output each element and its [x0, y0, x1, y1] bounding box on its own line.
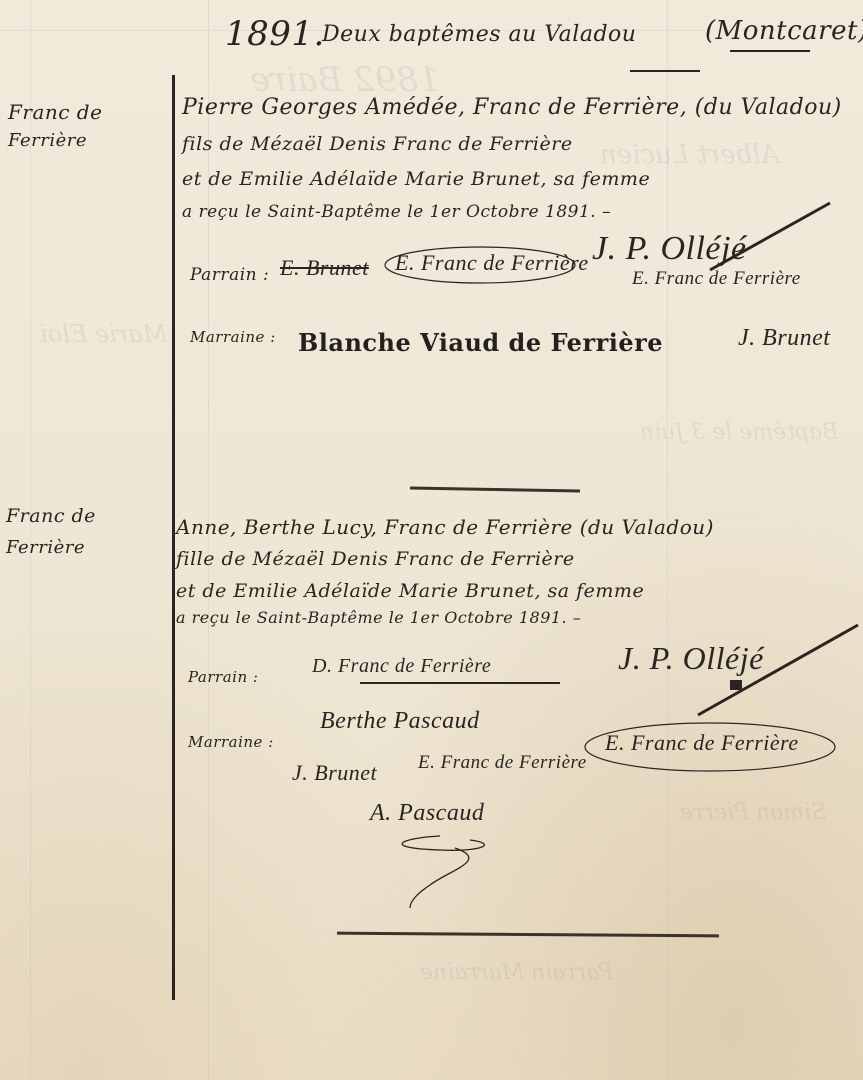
header-location: (Montcaret)	[705, 16, 863, 46]
margin-surname: Ferrière	[6, 537, 85, 558]
marraine-name: Berthe Pascaud	[320, 708, 480, 735]
signature-flourish	[580, 715, 840, 780]
entry-line: fils de Mézaël Denis Franc de Ferrière	[182, 133, 573, 155]
signature: J. Brunet	[292, 760, 377, 786]
witness-signature: E. Franc de Ferrière	[632, 268, 801, 290]
entry-line: et de Emilie Adélaïde Marie Brunet, sa f…	[182, 168, 650, 190]
marraine-label: Marraine :	[188, 733, 274, 751]
parrain-name: D. Franc de Ferrière	[312, 655, 491, 678]
register-page: 1892 Baire Albert Lucien Baptême le 3 Ju…	[0, 0, 863, 1080]
signature-flourish	[360, 830, 540, 910]
signature: E. Franc de Ferrière	[418, 752, 587, 774]
header-underline	[630, 70, 700, 72]
marraine-name: Blanche Viaud de Ferrière	[298, 328, 663, 357]
signature: A. Pascaud	[370, 800, 484, 827]
bleed-through: Marie Eloi	[40, 320, 167, 348]
header-location-underline	[730, 50, 810, 52]
closing-line	[337, 932, 719, 938]
parrain-label: Parrain :	[188, 668, 258, 686]
signature-flourish	[700, 195, 840, 275]
bleed-through: 1892 Baire	[250, 60, 440, 100]
margin-surname: Franc de	[8, 100, 102, 124]
marraine-signature: J. Brunet	[738, 325, 830, 352]
header-title: Deux baptêmes au Valadou	[322, 22, 636, 47]
margin-line	[172, 75, 175, 1000]
signature-flourish	[380, 240, 580, 290]
parrain-label: Parrain :	[190, 265, 269, 285]
entry-line: fille de Mézaël Denis Franc de Ferrière	[176, 548, 575, 570]
marraine-label: Marraine :	[190, 328, 276, 346]
entry-line: et de Emilie Adélaïde Marie Brunet, sa f…	[176, 580, 644, 602]
header-year: 1891.	[225, 14, 325, 54]
signature: E. Brunet	[280, 255, 369, 281]
bleed-through: Baptême le 3 Juin	[640, 420, 838, 445]
bleed-through: Parrain Marraine	[420, 960, 613, 985]
faint-rule	[208, 0, 209, 1080]
signature-underline	[360, 682, 560, 684]
entry-separator	[410, 487, 580, 493]
bleed-through: Simon Pierre	[680, 800, 826, 825]
bleed-through: Albert Lucien	[600, 140, 779, 170]
entry-line: Anne, Berthe Lucy, Franc de Ferrière (du…	[176, 515, 714, 539]
margin-surname: Franc de	[6, 505, 96, 527]
margin-surname: Ferrière	[8, 130, 87, 151]
entry-line: a reçu le Saint-Baptême le 1er Octobre 1…	[176, 608, 581, 627]
signature-flourish	[690, 620, 863, 720]
entry-line: a reçu le Saint-Baptême le 1er Octobre 1…	[182, 202, 611, 222]
entry-line: Pierre Georges Amédée, Franc de Ferrière…	[182, 95, 842, 120]
